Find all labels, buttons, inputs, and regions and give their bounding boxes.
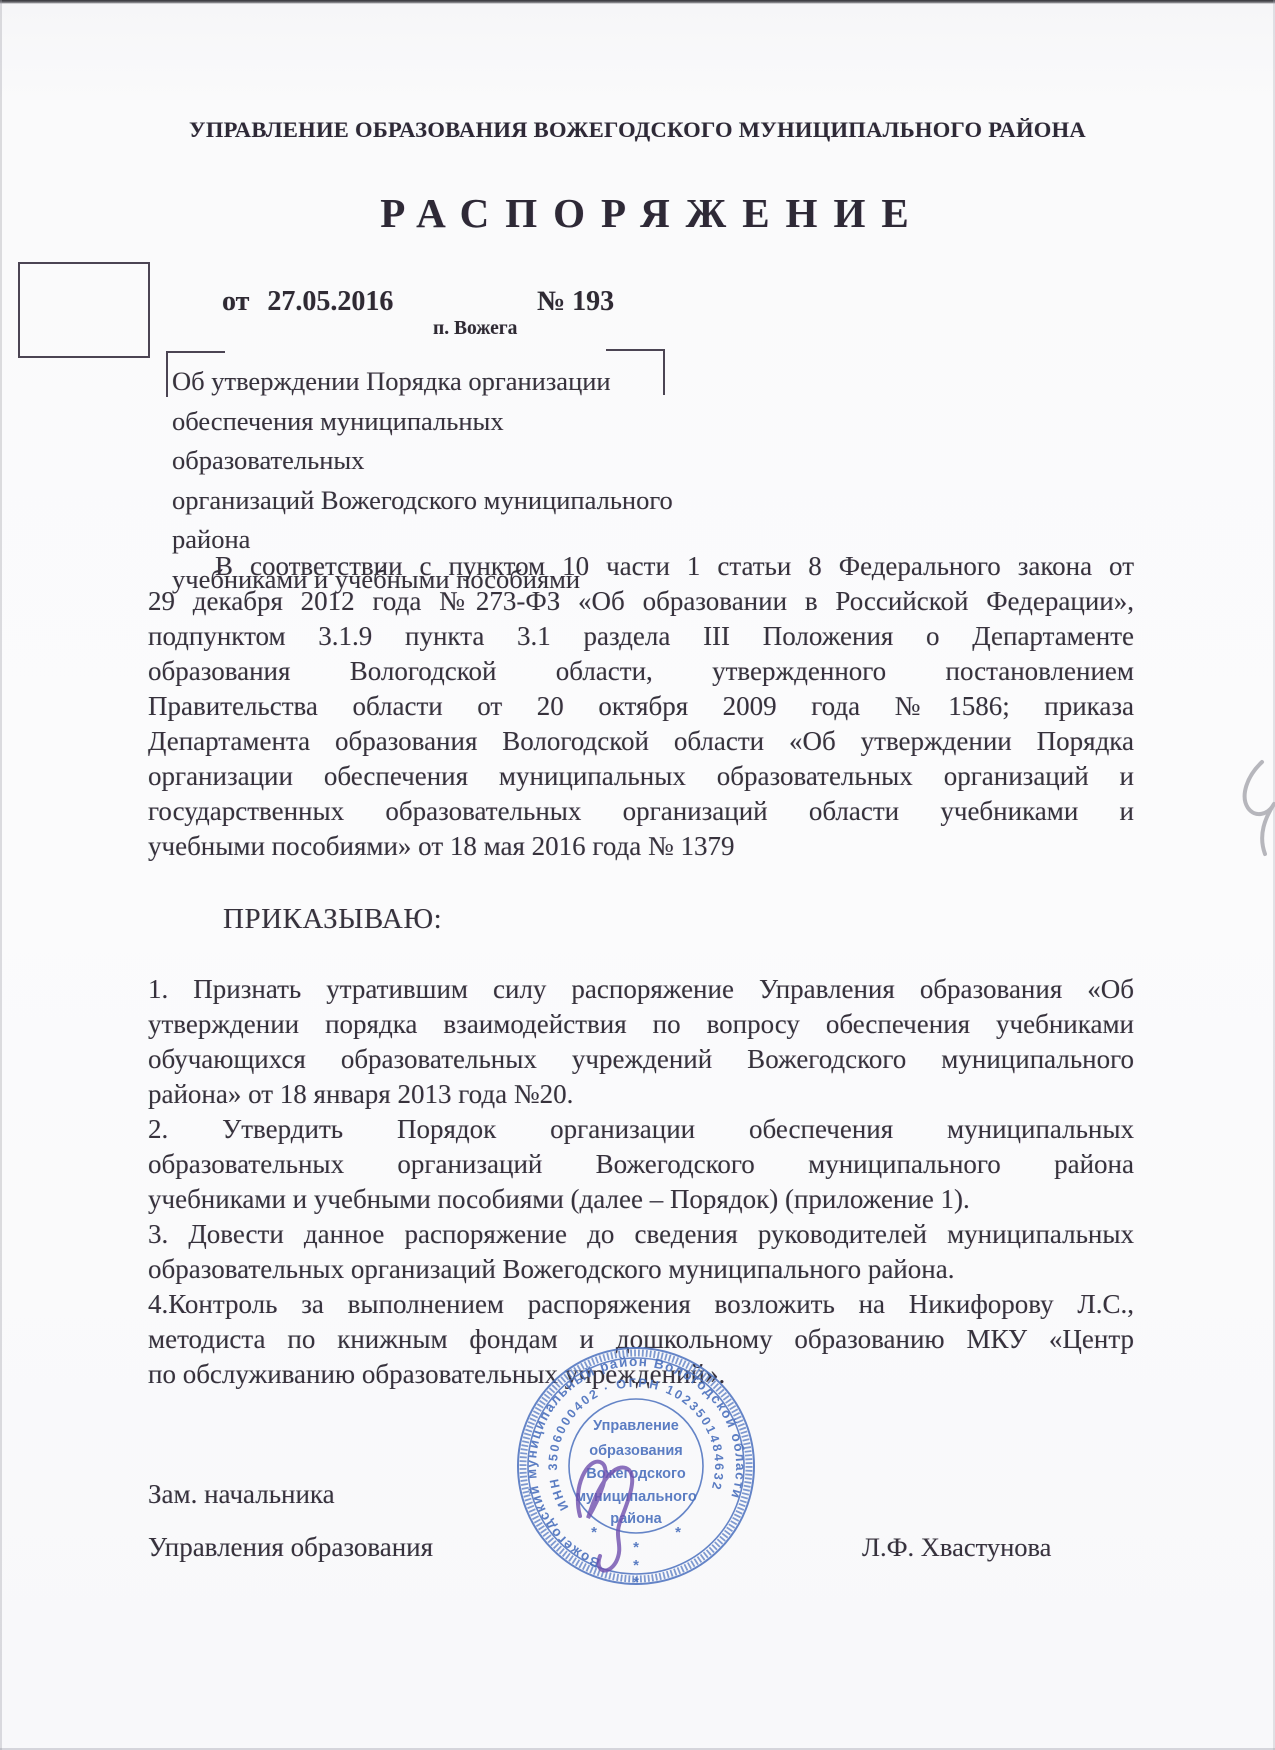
- scanned-document-page: УПРАВЛЕНИЕ ОБРАЗОВАНИЯ ВОЖЕГОДСКОГО МУНИ…: [0, 0, 1275, 1750]
- signer-position-line2: Управления образования: [148, 1532, 433, 1563]
- document-text-line: образовательных организаций Вожегодского…: [148, 1252, 1134, 1287]
- empty-stamp-placeholder-box: [18, 262, 150, 358]
- official-round-stamp: Вожегодский муниципальный район Вологодс…: [496, 1326, 776, 1606]
- document-text-line: Департамента образования Вологодской обл…: [148, 724, 1134, 759]
- document-text-line: Правительства области от 20 октября 2009…: [148, 689, 1134, 724]
- document-text-line: обучающихся образовательных учреждений В…: [148, 1042, 1134, 1077]
- document-text-line: В соответствии с пунктом 10 части 1 стат…: [148, 549, 1134, 584]
- document-text-line: государственных образовательных организа…: [148, 794, 1134, 829]
- stamp-center-line: Вожегодского: [586, 1466, 686, 1482]
- stamp-center-line: Управление: [593, 1418, 679, 1434]
- document-text-line: организации обеспечения муниципальных об…: [148, 759, 1134, 794]
- scan-edge-top: [0, 0, 1275, 4]
- order-keyword: ПРИКАЗЫВАЮ:: [223, 903, 442, 936]
- document-number: № 193: [537, 286, 614, 318]
- signer-name: Л.Ф. Хвастунова: [862, 1532, 1051, 1563]
- document-text-line: учебными пособиями» от 18 мая 2016 года …: [148, 829, 1134, 864]
- document-text-line: 3. Довести данное распоряжение до сведен…: [148, 1217, 1134, 1252]
- signer-position-line1: Зам. начальника: [148, 1479, 335, 1510]
- document-text-line: подпунктом 3.1.9 пункта 3.1 раздела III …: [148, 619, 1134, 654]
- stamp-asterisk: *: [633, 1557, 639, 1574]
- document-date: от27.05.2016: [222, 286, 393, 318]
- document-text-line: учебниками и учебными пособиями (далее –…: [148, 1182, 1134, 1217]
- document-text-line: 29 декабря 2012 года №273-ФЗ «Об образов…: [148, 584, 1134, 619]
- stamp-center-line: образования: [589, 1443, 683, 1459]
- subject-line: Об утверждении Порядка организации: [172, 362, 692, 402]
- document-text-line: района» от 18 января 2013 года №20.: [148, 1077, 1134, 1112]
- subject-line: обеспечения муниципальных образовательны…: [172, 402, 692, 481]
- document-type-title: РАСПОРЯЖЕНИЕ: [380, 189, 924, 237]
- document-text-line: утверждении порядка взаимодействия по во…: [148, 1007, 1134, 1042]
- stamp-asterisk: *: [633, 1539, 639, 1556]
- document-text-line: 2. Утвердить Порядок организации обеспеч…: [148, 1112, 1134, 1147]
- place-name: п. Вожега: [433, 318, 517, 340]
- stamp-asterisk: *: [633, 1574, 639, 1591]
- document-text-line: 1. Признать утратившим силу распоряжение…: [148, 972, 1134, 1007]
- date-label: от: [222, 286, 249, 317]
- document-text-line: 4.Контроль за выполнением распоряжения в…: [148, 1287, 1134, 1322]
- stamp-asterisk: *: [591, 1524, 597, 1541]
- scan-edge-left: [0, 0, 2, 1750]
- subject-line: организаций Вожегодского муниципального …: [172, 481, 692, 560]
- stamp-asterisk: *: [675, 1524, 681, 1541]
- page-curl-mark: [1235, 750, 1275, 870]
- document-text-line: образовательных организаций Вожегодского…: [148, 1147, 1134, 1182]
- organization-header: УПРАВЛЕНИЕ ОБРАЗОВАНИЯ ВОЖЕГОДСКОГО МУНИ…: [0, 117, 1275, 143]
- date-value: 27.05.2016: [267, 286, 393, 317]
- preamble-paragraph: В соответствии с пунктом 10 части 1 стат…: [148, 549, 1134, 864]
- document-text-line: образования Вологодской области, утвержд…: [148, 654, 1134, 689]
